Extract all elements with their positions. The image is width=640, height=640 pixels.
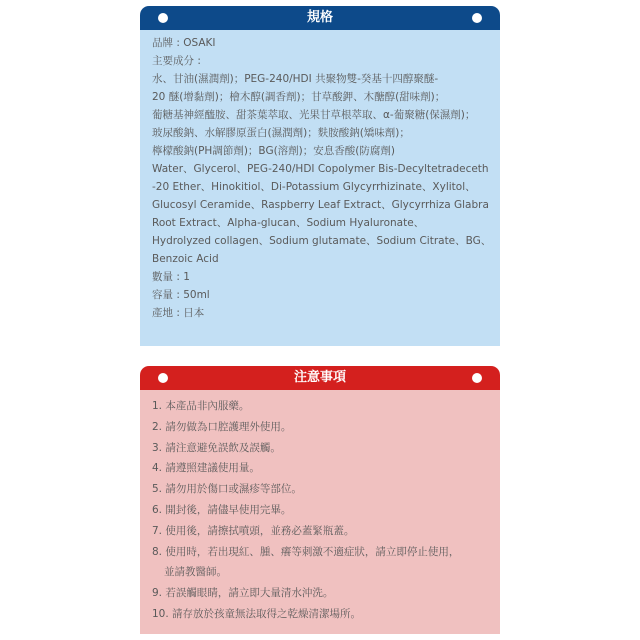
spec-title: 規格 [307,10,333,25]
notice-item: 6. 開封後，請儘早使用完畢。 [152,500,488,521]
spec-ingredient-line: 檸檬酸鈉(PH調節劑)；BG(溶劑)；安息香酸(防腐劑) [152,142,488,160]
notice-item: 7. 使用後，請擦拭噴頭，並務必蓋緊瓶蓋。 [152,521,488,542]
circle-hole-icon [158,13,168,23]
notice-item: 5. 請勿用於傷口或濕疹等部位。 [152,479,488,500]
spec-ingredient-line-en: Water、Glycerol、PEG-240/HDI Copolymer Bis… [152,160,488,178]
notice-item: 2. 請勿做為口腔護理外使用。 [152,417,488,438]
spec-header: 規格 [140,6,500,30]
circle-hole-icon [158,373,168,383]
notice-item: 4. 請遵照建議使用量。 [152,458,488,479]
spec-brand: 品牌 : OSAKI [152,34,488,52]
spec-ingredient-line: 玻尿酸鈉、水解膠原蛋白(濕潤劑)；麩胺酸鈉(矯味劑)； [152,124,488,142]
spec-panel: 規格 品牌 : OSAKI 主要成分 : 水、甘油(濕潤劑)；PEG-240/H… [140,6,500,346]
notice-item: 3. 請注意避免誤飲及誤觸。 [152,438,488,459]
notice-item: 8. 使用時，若出現紅、腫、癢等刺激不適症狀，請立即停止使用， [152,542,488,563]
notice-item: 9. 若誤觸眼睛，請立即大量清水沖洗。 [152,583,488,604]
notice-item: 10. 請存放於孩童無法取得之乾燥清潔場所。 [152,604,488,625]
spec-ingredient-line-en: Root Extract、Alpha-glucan、Sodium Hyaluro… [152,214,488,232]
spec-ingredient-line: 水、甘油(濕潤劑)；PEG-240/HDI 共聚物雙-癸基十四醇聚醚- [152,70,488,88]
spec-ingredients-label: 主要成分 : [152,52,488,70]
spec-ingredient-line: 20 醚(增黏劑)；檜木醇(調香劑)；甘草酸鉀、木醣醇(甜味劑)； [152,88,488,106]
spec-quantity: 數量 : 1 [152,268,488,286]
notice-item: 1. 本產品非內服藥。 [152,396,488,417]
spec-volume: 容量 : 50ml [152,286,488,304]
spec-body: 品牌 : OSAKI 主要成分 : 水、甘油(濕潤劑)；PEG-240/HDI … [140,30,500,346]
spec-ingredient-line: 葡糖基神經醯胺、甜茶葉萃取、光果甘草根萃取、α-葡聚糖(保濕劑)； [152,106,488,124]
spec-ingredient-line-en: -20 Ether、Hinokitiol、Di-Potassium Glycyr… [152,178,488,196]
spec-ingredient-line-en: Hydrolyzed collagen、Sodium glutamate、Sod… [152,232,488,250]
circle-hole-icon [472,373,482,383]
notice-item-continuation: 並請教醫師。 [152,562,488,583]
circle-hole-icon [472,13,482,23]
notice-body: 1. 本產品非內服藥。 2. 請勿做為口腔護理外使用。 3. 請注意避免誤飲及誤… [140,390,500,634]
notice-panel: 注意事項 1. 本產品非內服藥。 2. 請勿做為口腔護理外使用。 3. 請注意避… [140,366,500,634]
spec-ingredient-line-en: Benzoic Acid [152,250,488,268]
notice-title: 注意事項 [294,370,346,385]
notice-header: 注意事項 [140,366,500,390]
spec-ingredient-line-en: Glucosyl Ceramide、Raspberry Leaf Extract… [152,196,488,214]
spec-origin: 產地 : 日本 [152,304,488,322]
